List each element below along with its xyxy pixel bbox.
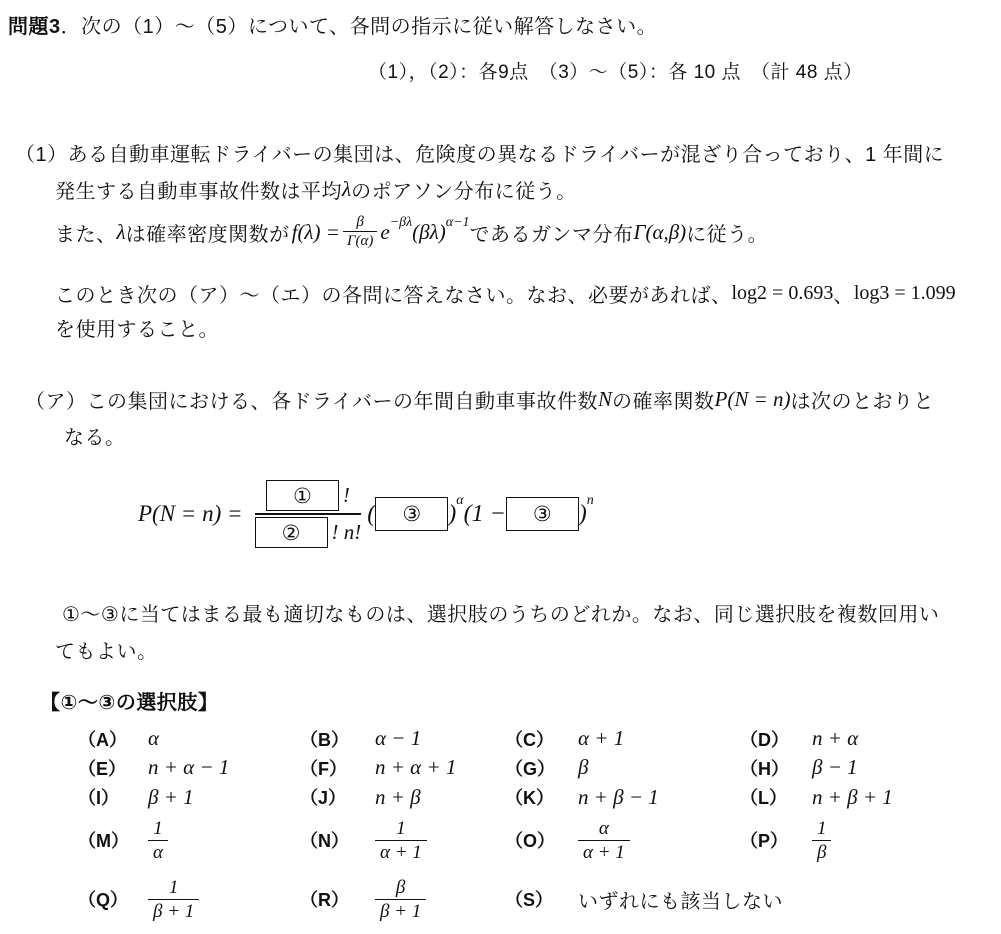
choice-label-F: （F） [300,755,375,781]
choices-row-2: （E） n + α − 1 （F） n + α + 1 （G） β （H） β … [78,753,978,782]
choice-expr-J: n + β [375,785,505,810]
P-function: P(N = n) [715,387,791,412]
qa-line-2: なる。 [64,421,126,450]
exponent: α−1 [446,215,470,231]
exam-page: 問題3．次の（1）～（5）について、各問の指示に従い解答しなさい。 （1），（2… [0,0,1001,934]
instruction-line-1: ①～③に当てはまる最も適切なものは、選択肢のうちのどれか。なお、同じ選択肢を複数… [62,598,939,627]
choice-expr-D: n + α [812,726,978,751]
probability-formula: P(N = n) = ① ! ② ! n! ( ③ ) α (1 − ③ ) n [138,478,594,550]
choice-label-S: （S） [505,886,578,912]
choice-expr-G: β [578,755,740,780]
choice-label-A: （A） [78,726,148,752]
choice-expr-F: n + α + 1 [375,755,505,780]
choice-label-B: （B） [300,726,375,752]
instruction-line-2: てもよい。 [55,635,158,664]
log2-value: log2 = 0.693 [732,282,834,305]
choice-label-N: （N） [300,827,375,853]
choice-expr-N: 1α + 1 [375,815,505,865]
choice-label-D: （D） [740,726,812,752]
N-symbol: N [598,387,612,412]
choice-expr-M: 1α [148,815,300,865]
choice-label-R: （R） [300,886,375,912]
choices-heading: 【①～③の選択肢】 [40,686,218,715]
choice-expr-A: α [148,726,300,751]
qa-line-1: （ア）この集団における、各ドライバーの年間自動車事故件数Nの確率関数P(N = … [25,385,934,414]
choice-label-K: （K） [505,784,578,810]
answer-blank-3: ③ [375,497,448,531]
q1-line-1: （1）ある自動車運転ドライバーの集団は、危険度の異なるドライバーが混ざり合ってお… [15,138,944,167]
choice-label-M: （M） [78,827,148,853]
choice-label-C: （C） [505,726,578,752]
choice-label-G: （G） [505,755,578,781]
note-line-2: を使用すること。 [55,313,219,342]
fraction-denominator: ② ! n! [255,515,362,550]
answer-blank-2: ② [255,517,328,548]
lambda-symbol: λ [342,177,351,202]
choice-expr-Q: 1β + 1 [148,874,300,924]
euler-e: e [380,220,389,245]
exponent-n: n [587,493,594,509]
choices-row-3: （I） β + 1 （J） n + β （K） n + β − 1 （L） n … [78,782,978,812]
formula-lhs: P(N = n) = [138,501,243,527]
choice-expr-C: α + 1 [578,726,740,751]
answer-blank-4: ③ [506,497,579,531]
choice-expr-H: β − 1 [812,755,978,780]
choices-row-4: （M） 1α （N） 1α + 1 （O） αα + 1 （P） 1β [78,812,978,868]
pdf-lhs: f(λ) = [292,220,340,245]
choice-label-Q: （Q） [78,886,148,912]
choice-expr-I: β + 1 [148,785,300,810]
points-note: （1），（2）：各9点 （3）～（5）：各 10 点 （計 48 点） [368,57,863,84]
log3-value: log3 = 1.099 [854,282,956,305]
choice-expr-S: いずれにも該当しない [578,885,978,914]
choices-grid: （A） α （B） α − 1 （C） α + 1 （D） n + α （E） … [78,724,978,930]
choice-expr-R: ββ + 1 [375,874,505,924]
note-line-1: このとき次の（ア）～（エ）の各問に答えなさい。なお、必要があれば、log2 = … [55,279,956,308]
problem-number: 問題3 [8,10,61,39]
gamma-distribution-symbol: Γ(α,β) [634,220,687,245]
problem-title-text: ．次の（1）～（5）について、各問の指示に従い解答しなさい。 [61,10,657,39]
choice-expr-K: n + β − 1 [578,785,740,810]
choice-label-J: （J） [300,784,375,810]
q1-line-2: 発生する自動車事故件数は平均λのポアソン分布に従う。 [55,175,577,204]
choice-expr-L: n + β + 1 [812,785,978,810]
choice-label-H: （H） [740,755,812,781]
choice-expr-P: 1β [812,815,978,865]
choice-expr-E: n + α − 1 [148,755,300,780]
choice-label-E: （E） [78,755,148,781]
answer-blank-1: ① [266,480,339,511]
lambda-symbol: λ [117,220,126,245]
choice-label-I: （I） [78,784,148,810]
choices-row-5: （Q） 1β + 1 （R） ββ + 1 （S） いずれにも該当しない [78,868,978,930]
choice-label-L: （L） [740,784,812,810]
choice-label-O: （O） [505,827,578,853]
problem-title: 問題3．次の（1）～（5）について、各問の指示に従い解答しなさい。 [8,10,657,39]
gamma-density-line: また、λは確率密度関数が f(λ) = β Γ(α) e−βλ(βλ)α−1 で… [55,206,768,258]
formula-fraction: ① ! ② ! n! [255,478,362,550]
choice-label-P: （P） [740,827,812,853]
exponent-alpha: α [456,493,463,509]
choice-expr-B: α − 1 [375,726,505,751]
beta-over-gamma-fraction: β Γ(α) [343,214,377,250]
choice-expr-O: αα + 1 [578,815,740,865]
fraction-numerator: ① ! [266,478,350,513]
choices-row-1: （A） α （B） α − 1 （C） α + 1 （D） n + α [78,724,978,753]
exponent: −βλ [390,215,412,231]
